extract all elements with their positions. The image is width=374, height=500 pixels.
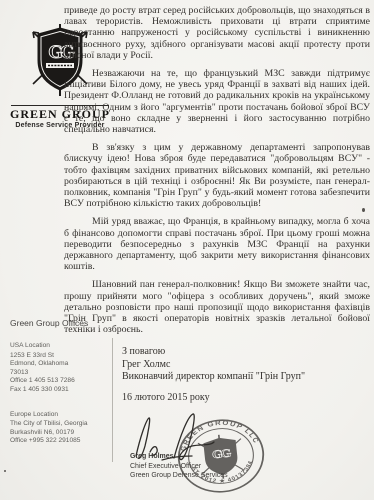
paragraph-1: приведе до росту втрат серед російських … (64, 5, 370, 61)
europe-office-title: Europe Location (10, 411, 110, 420)
offices-sidebar: Green Group Offices USA Location 1253 E … (10, 318, 110, 462)
usa-address-line: 73013 (10, 369, 110, 378)
europe-address-line: Burkashvili N6, 00179 (10, 429, 110, 438)
handwritten-signature (122, 408, 242, 470)
usa-address-line: Edmond, Oklahoma (10, 360, 110, 369)
usa-office-block: USA Location 1253 E 33rd St Edmond, Okla… (10, 342, 110, 395)
europe-address-line: The City of Tbilisi, Georgia (10, 420, 110, 429)
usa-address-line: 1253 E 33rd St (10, 352, 110, 361)
scan-speck (4, 470, 6, 472)
paragraph-2: Незважаючи на те, що французький МЗС зав… (64, 68, 370, 135)
closing-block: З повагою Грег Холмс Виконавчий директор… (122, 346, 305, 384)
europe-phone-line: Office +995 322 291085 (10, 437, 110, 446)
usa-office-title: USA Location (10, 342, 110, 351)
closing-title: Виконавчий директор компанії "Грін Груп" (122, 371, 305, 384)
paragraph-3: В зв'язку з цим у державному департамент… (64, 142, 370, 209)
europe-office-block: Europe Location The City of Tbilisi, Geo… (10, 411, 110, 446)
usa-fax-line: Fax 1 405 330 0931 (10, 386, 110, 395)
scanned-letter-page: GG GREEN GROUP Defense Service Provider … (0, 0, 374, 500)
letter-body: приведе до росту втрат серед російських … (64, 5, 370, 342)
closing-name: Грег Холмс (122, 359, 305, 372)
paragraph-4: Мій уряд вважає, що Франція, в крайньому… (64, 216, 370, 272)
usa-phone-line: Office 1 405 513 7286 (10, 377, 110, 386)
letter-date: 16 лютого 2015 року (122, 392, 210, 403)
sidebar-divider-line (112, 338, 113, 462)
closing-salutation: З повагою (122, 346, 305, 359)
offices-heading: Green Group Offices (10, 318, 110, 328)
scan-speck (362, 208, 365, 212)
